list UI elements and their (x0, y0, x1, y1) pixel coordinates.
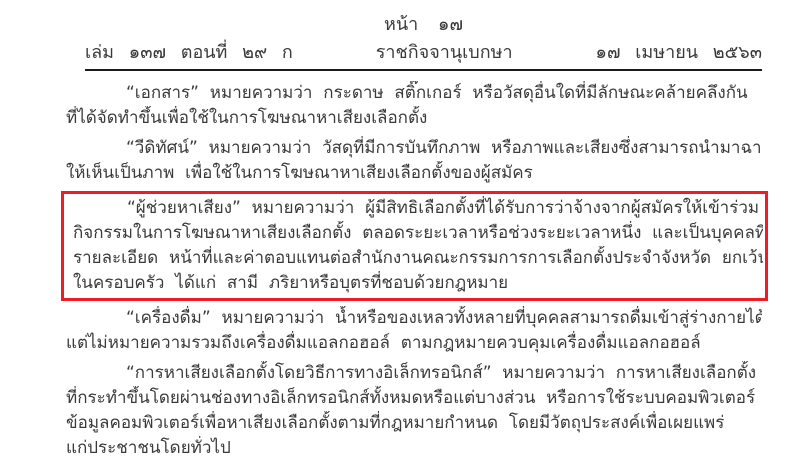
text-line: แก่ประชาชนโดยทั่วไป (66, 436, 762, 456)
volume-issue-label: เล่ม ๑๓๗ ตอนที่ ๒๙ ก (85, 40, 293, 66)
page-header: หน้า ๑๗ เล่ม ๑๓๗ ตอนที่ ๒๙ ก ราชกิจจานุเ… (0, 0, 800, 71)
paragraph-definition-electronic-canvassing: “การหาเสียงเลือกตั้งโดยวิธีการทางอิเล็กท… (66, 361, 762, 456)
page-number: หน้า ๑๗ (85, 12, 762, 38)
text-line: ให้เห็นเป็นภาพ เพื่อใช้ในการโฆษณาหาเสียง… (66, 161, 762, 186)
header-row: เล่ม ๑๓๗ ตอนที่ ๒๙ ก ราชกิจจานุเบกษา ๑๗ … (85, 40, 762, 66)
text-line: กิจกรรมในการโฆษณาหาเสียงเลือกตั้ง ตลอดระ… (73, 221, 763, 246)
paragraph-definition-canvass-assistant-highlighted: “ผู้ช่วยหาเสียง” หมายความว่า ผู้มีสิทธิเ… (61, 191, 768, 301)
text-line: ข้อมูลคอมพิวเตอร์เพื่อหาเสียงเลือกตั้งตา… (66, 411, 762, 436)
text-line: “เอกสาร” หมายความว่า กระดาษ สติ๊กเกอร์ ห… (66, 81, 762, 106)
paragraph-definition-video: “วีดิทัศน์” หมายความว่า วัสดุที่มีการบัน… (66, 136, 762, 186)
text-line: แต่ไม่หมายความรวมถึงเครื่องดื่มแอลกอฮอล์… (66, 331, 762, 356)
text-line: ในครอบครัว ได้แก่ สามี ภริยาหรือบุตรที่ช… (73, 271, 763, 296)
document-body: “เอกสาร” หมายความว่า กระดาษ สติ๊กเกอร์ ห… (0, 71, 800, 456)
text-line: รายละเอียด หน้าที่และค่าตอบแทนต่อสำนักงา… (73, 246, 763, 271)
text-line: “เครื่องดื่ม” หมายความว่า น้ำหรือของเหลว… (66, 306, 762, 331)
gazette-title: ราชกิจจานุเบกษา (376, 40, 513, 66)
publication-date: ๑๗ เมษายน ๒๕๖๓ (596, 40, 762, 66)
text-line: ที่กระทำขึ้นโดยผ่านช่องทางอิเล็กทรอนิกส์… (66, 386, 762, 411)
text-line: “วีดิทัศน์” หมายความว่า วัสดุที่มีการบัน… (66, 136, 762, 161)
text-line: ที่ได้จัดทำขึ้นเพื่อใช้ในการโฆษณาหาเสียง… (66, 106, 762, 131)
text-line: “การหาเสียงเลือกตั้งโดยวิธีการทางอิเล็กท… (66, 361, 762, 386)
text-line: “ผู้ช่วยหาเสียง” หมายความว่า ผู้มีสิทธิเ… (73, 196, 763, 221)
gazette-page: หน้า ๑๗ เล่ม ๑๓๗ ตอนที่ ๒๙ ก ราชกิจจานุเ… (0, 0, 800, 456)
paragraph-definition-beverage: “เครื่องดื่ม” หมายความว่า น้ำหรือของเหลว… (66, 306, 762, 356)
paragraph-definition-document: “เอกสาร” หมายความว่า กระดาษ สติ๊กเกอร์ ห… (66, 81, 762, 131)
